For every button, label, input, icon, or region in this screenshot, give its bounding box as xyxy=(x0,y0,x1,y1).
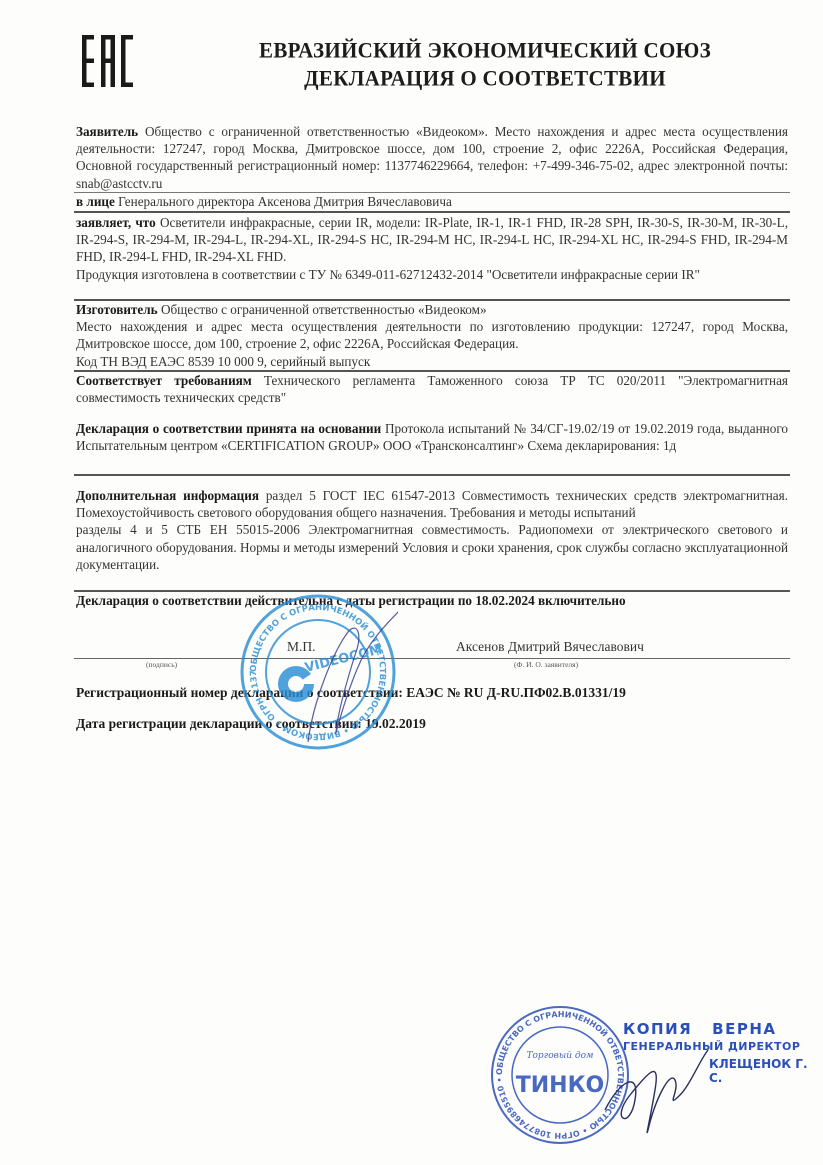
manufacturer-text: Общество с ограниченной ответственностью… xyxy=(161,302,487,317)
represented-by-label: в лице xyxy=(76,194,115,209)
applicant-label: Заявитель xyxy=(76,124,138,139)
true-label: ВЕРНА xyxy=(712,1020,776,1038)
certified-copy-stamp: КОПИЯВЕРНА ГЕНЕРАЛЬНЫЙ ДИРЕКТОР КЛЕЩЕНОК… xyxy=(623,1020,823,1085)
manufacturer-label: Изготовитель xyxy=(76,302,158,317)
production-spec: Продукция изготовлена в соответствии с Т… xyxy=(76,266,788,283)
applicant-section: Заявитель Общество с ограниченной ответс… xyxy=(76,123,788,192)
declares-section: заявляет, что Осветители инфракрасные, с… xyxy=(76,214,788,283)
basis-section: Декларация о соответствии принята на осн… xyxy=(76,420,788,454)
union-title: ЕВРАЗИЙСКИЙ ЭКОНОМИЧЕСКИЙ СОЮЗ xyxy=(220,35,750,64)
svg-text:Торговый дом: Торговый дом xyxy=(527,1051,594,1061)
signature-row: М.П. Аксенов Дмитрий Вячеславович (подпи… xyxy=(74,637,790,667)
declaration-title: ДЕКЛАРАЦИЯ О СООТВЕТСТВИИ xyxy=(220,63,750,92)
additional-text-2: разделы 4 и 5 СТБ ЕН 55015-2006 Электром… xyxy=(76,521,788,573)
manufacturer-section: Изготовитель Общество с ограниченной отв… xyxy=(76,301,788,370)
additional-info-section: Дополнительная информация раздел 5 ГОСТ … xyxy=(76,487,788,573)
declares-text: Осветители инфракрасные, серии IR, модел… xyxy=(76,215,788,264)
director-name: КЛЕЩЕНОК Г. С. xyxy=(623,1057,823,1085)
signatory-name: Аксенов Дмитрий Вячеславович xyxy=(456,639,644,655)
svg-text:ТИНКО: ТИНКО xyxy=(516,1073,605,1098)
signature-line xyxy=(74,658,790,659)
divider xyxy=(74,474,790,476)
additional-label: Дополнительная информация xyxy=(76,488,259,503)
declares-label: заявляет, что xyxy=(76,215,156,230)
validity-statement: Декларация о соответствии действительна … xyxy=(76,592,788,609)
basis-label: Декларация о соответствии принята на осн… xyxy=(76,421,381,436)
svg-text:VIDEOCOM: VIDEOCOM xyxy=(303,642,383,676)
signature-caption: (подпись) xyxy=(146,660,177,669)
complies-section: Соответствует требованиям Технического р… xyxy=(76,372,788,406)
document-header: ЕВРАЗИЙСКИЙ ЭКОНОМИЧЕСКИЙ СОЮЗ ДЕКЛАРАЦИ… xyxy=(220,36,750,92)
represented-by-text: Генерального директора Аксенова Дмитрия … xyxy=(118,194,452,209)
eac-logo-icon xyxy=(82,35,134,87)
complies-label: Соответствует требованиям xyxy=(76,373,252,388)
hs-code: Код ТН ВЭД ЕАЭС 8539 10 000 9, серийный … xyxy=(76,353,788,370)
applicant-text: Общество с ограниченной ответственностью… xyxy=(76,124,788,191)
director-position: ГЕНЕРАЛЬНЫЙ ДИРЕКТОР xyxy=(623,1040,823,1053)
divider xyxy=(74,211,790,213)
fio-caption: (Ф. И. О. заявителя) xyxy=(514,660,578,669)
manufacturer-address: Место нахождения и адрес места осуществл… xyxy=(76,318,788,352)
represented-by-section: в лице Генерального директора Аксенова Д… xyxy=(76,193,788,210)
videocom-stamp-icon: ОБЩЕСТВО С ОГРАНИЧЕННОЙ ОТВЕТСТВЕННОСТЬЮ… xyxy=(238,592,398,752)
copy-label: КОПИЯ xyxy=(623,1020,692,1038)
